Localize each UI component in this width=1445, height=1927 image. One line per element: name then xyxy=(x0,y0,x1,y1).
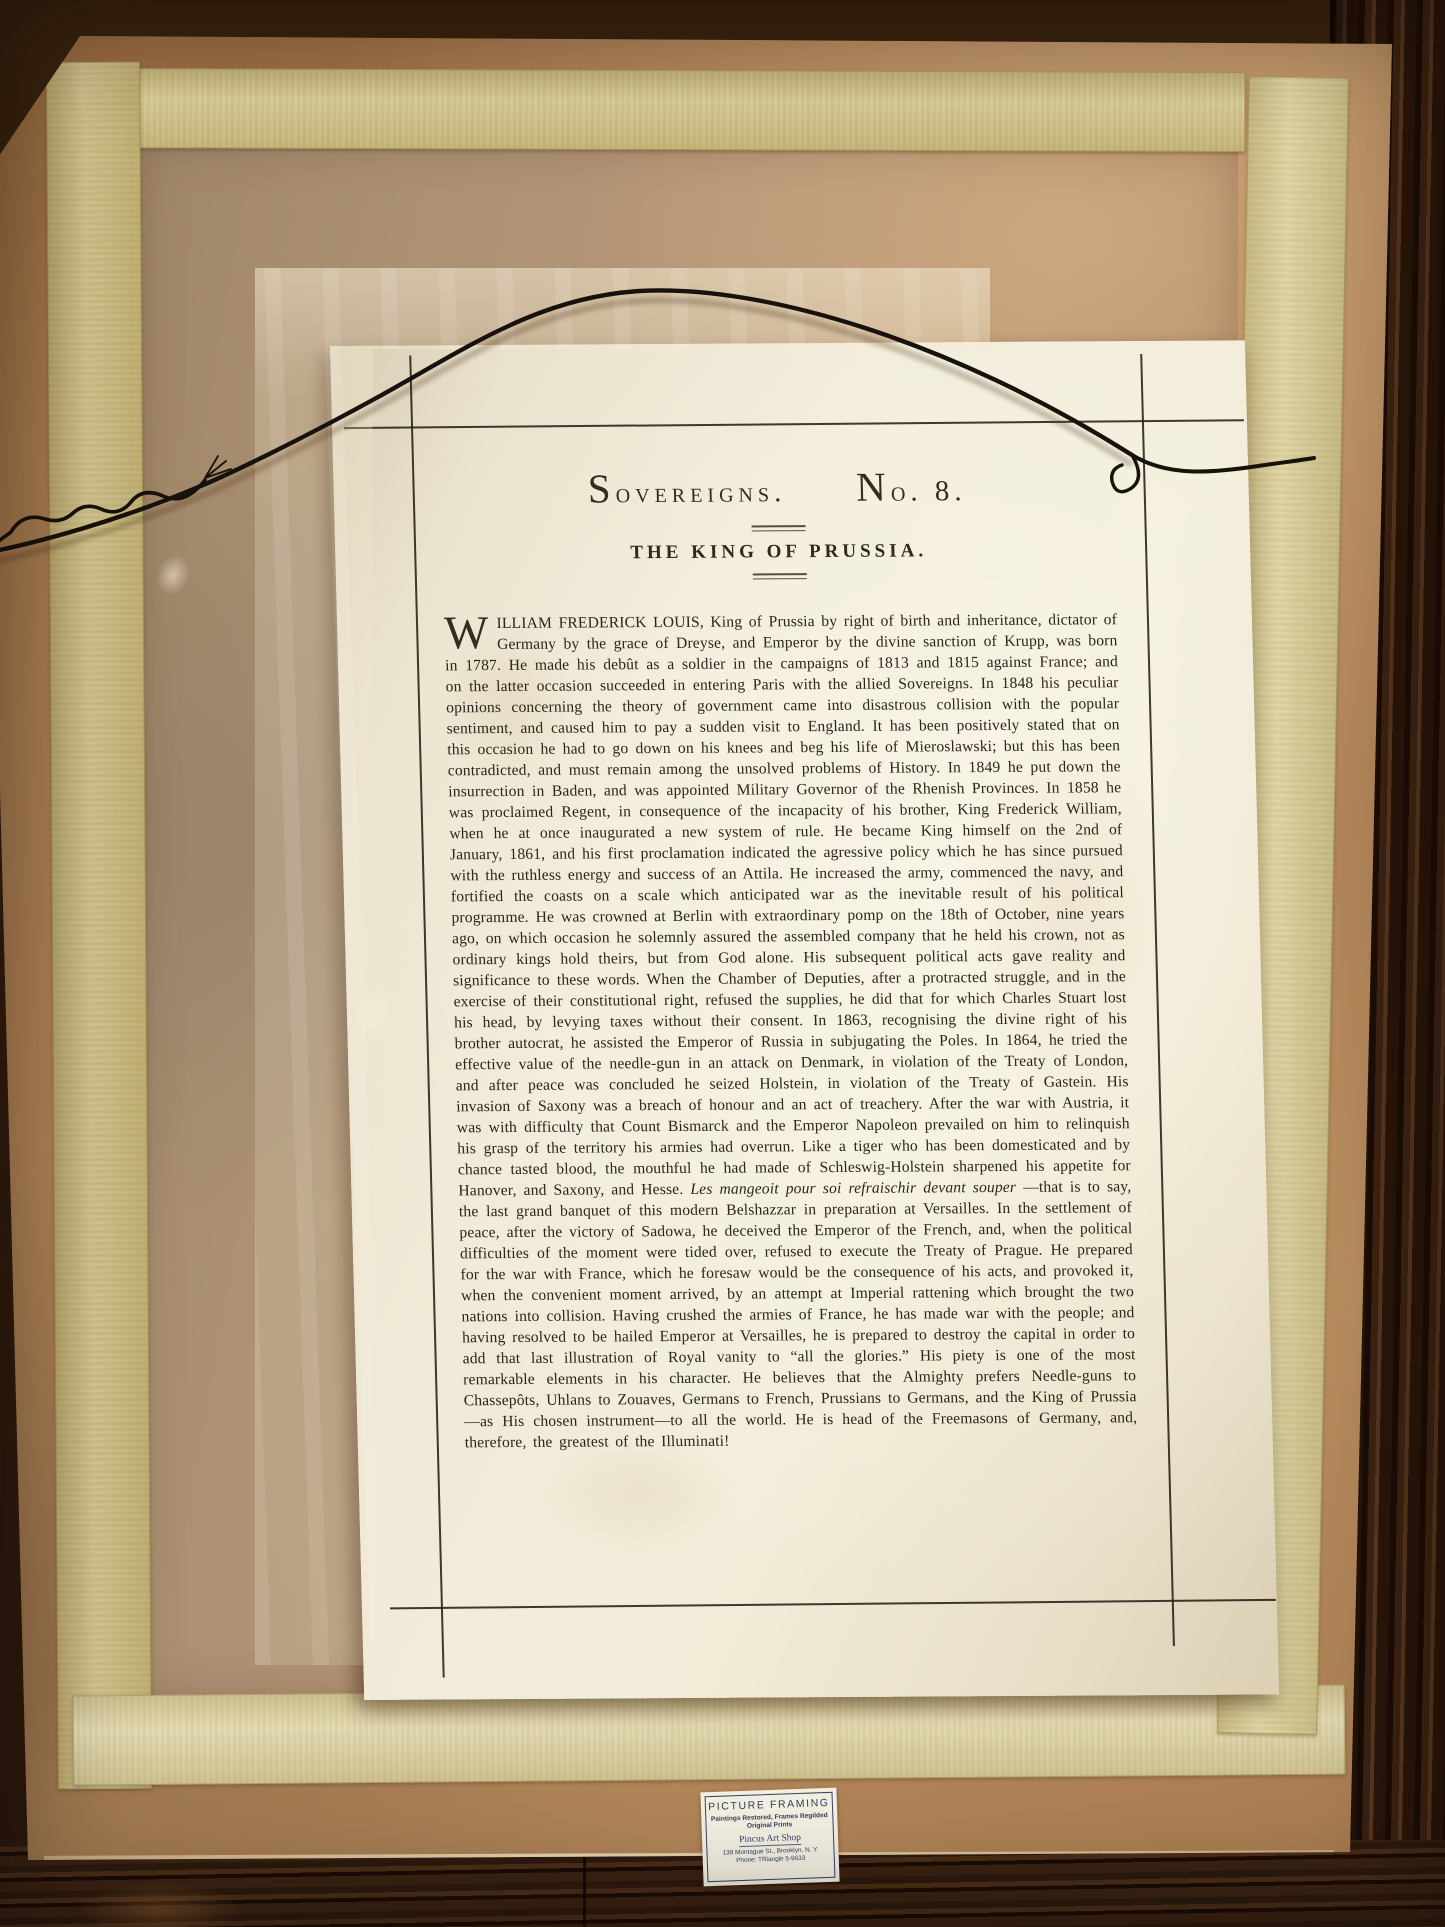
masthead: Sovereigns. No. 8. xyxy=(440,461,1114,513)
article-body: WILLIAM FREDERICK LOUIS, King of Prussia… xyxy=(444,609,1138,1453)
framer-label-border: PICTURE FRAMING Paintings Restored, Fram… xyxy=(705,1792,836,1882)
body-text-part2: —that is to say, the last grand banquet … xyxy=(459,1178,1138,1451)
page-border-rule-left xyxy=(409,356,444,1678)
framer-label: PICTURE FRAMING Paintings Restored, Fram… xyxy=(700,1788,839,1887)
double-rule-divider xyxy=(752,573,806,579)
tape-strip-bottom xyxy=(73,1684,1346,1785)
framer-label-shop-name: Pincus Art Shop xyxy=(707,1832,833,1846)
tape-strip-left xyxy=(46,62,152,1790)
body-text-part1: ILLIAM FREDERICK LOUIS, King of Prussia … xyxy=(445,611,1131,1199)
masthead-number: No. 8. xyxy=(856,462,968,511)
masthead-title: Sovereigns. xyxy=(587,463,787,512)
photo-frame-back: Sovereigns. No. 8. THE KING OF PRUSSIA. … xyxy=(0,0,1445,1927)
page-content: Sovereigns. No. 8. THE KING OF PRUSSIA. … xyxy=(437,341,1138,1453)
frame-backing-board: Sovereigns. No. 8. THE KING OF PRUSSIA. … xyxy=(0,30,1404,1862)
framer-label-title: PICTURE FRAMING xyxy=(706,1797,832,1813)
drop-cap: W xyxy=(444,613,497,651)
tape-strip-top xyxy=(83,68,1245,152)
page-border-rule-bottom xyxy=(390,1599,1276,1610)
broadside-page: Sovereigns. No. 8. THE KING OF PRUSSIA. … xyxy=(330,340,1279,1700)
wood-plank-seam xyxy=(583,1845,586,1927)
body-text-italic-phrase: Les mangeoit pour soi refraischir devant… xyxy=(690,1179,1016,1198)
page-subtitle: THE KING OF PRUSSIA. xyxy=(442,539,1115,565)
page-border-rule-right xyxy=(1140,354,1175,1646)
double-rule-divider xyxy=(751,525,805,531)
